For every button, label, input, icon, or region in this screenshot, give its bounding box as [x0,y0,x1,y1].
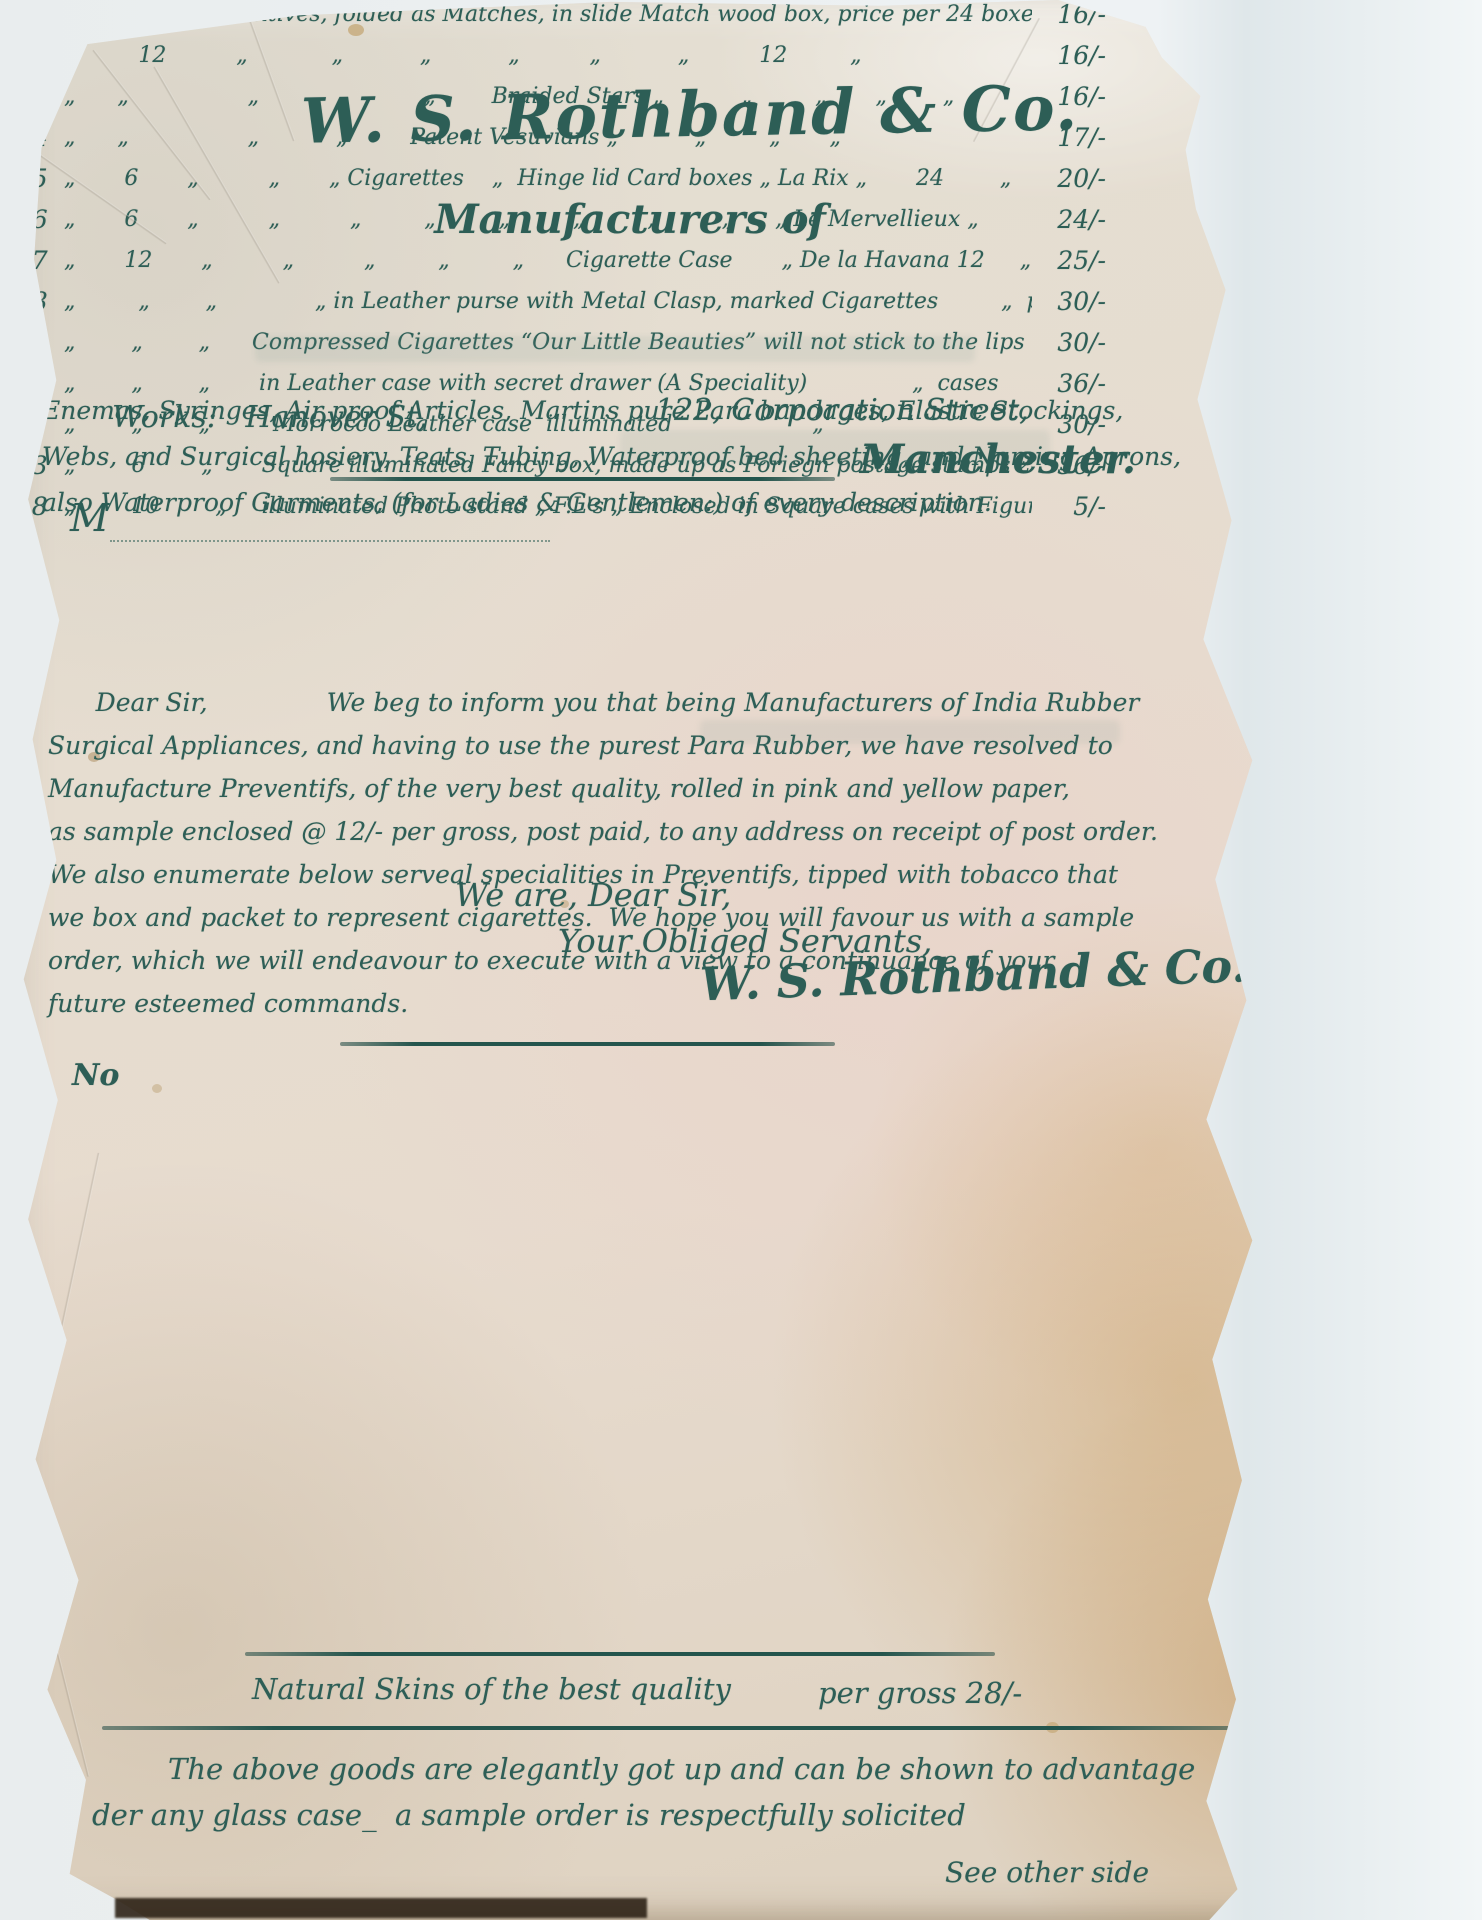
letter-body-line: Dear Sir, We beg to inform you that bein… [48,681,1198,724]
row-number: 103 [0,82,64,111]
paper-crease [43,1153,100,1408]
footer-note-line: der any glass case_ a sample order is re… [92,1798,966,1832]
price-row: 101 Contains 6 preventives, folded as Ma… [0,0,1106,41]
row-description: „ 12 „ „ „ „ „ „ 12 „ [64,41,1032,68]
row-description: „ 6 „ „ „ Cigarettes „ Hinge lid Card bo… [64,164,1032,191]
table-no-header: No [72,1058,119,1093]
closing-salutation: We are, Dear Sir, [455,876,731,914]
scanner-shadow-strip [115,1898,647,1918]
row-price: 24/- [1032,205,1106,234]
paper-stain-spot [152,1084,162,1093]
addressee-prefix: M [70,496,109,540]
row-number: 106 [0,205,64,234]
product-description: Enemas, Syringes, Air proof Articles, Ma… [42,250,1182,526]
row-number: 104 [0,123,64,152]
skins-note: Natural Skins of the best quality [252,1672,731,1706]
divider-rule [330,477,835,481]
city-name: Manchester. [860,436,1110,483]
subtitle-manufacturers: Manufacturers of [420,196,840,243]
scanned-letter: W. S. Rothband & Co. Manufacturers of En… [0,0,1482,1920]
paper-crease [33,1563,89,1777]
row-number: 105 [0,164,64,193]
paper-sheet: W. S. Rothband & Co. Manufacturers of En… [0,0,1482,1920]
letter-body-line: Manufacture Preventifs, of the very best… [48,767,1198,810]
row-price: 20/- [1032,164,1106,193]
row-number: 102 [0,41,64,70]
see-other-side-note: See other side [945,1856,1149,1889]
row-price: 16/- [1032,0,1106,29]
row-description: Contains 6 preventives, folded as Matche… [64,0,1032,27]
divider-rule [340,1042,835,1046]
paper-stain-spot [348,24,364,36]
skins-price: per gross 28/- [818,1676,1022,1710]
letter-body-line: as sample enclosed @ 12/- per gross, pos… [48,810,1198,853]
row-number: 101 [0,0,64,29]
footer-note-line: The above goods are elegantly got up and… [168,1752,1195,1786]
works-address: Works: Hanover St, [112,400,428,435]
street-address: 122, Corporation Street, [655,393,1029,428]
row-price: 16/- [1032,41,1106,70]
page-title: W. S. Rothband & Co. [269,71,1110,159]
divider-rule [245,1652,995,1656]
addressee-dotted-line [110,508,550,542]
letter-body-line: Surgical Appliances, and having to use t… [48,724,1198,767]
divider-rule [102,1726,1244,1730]
